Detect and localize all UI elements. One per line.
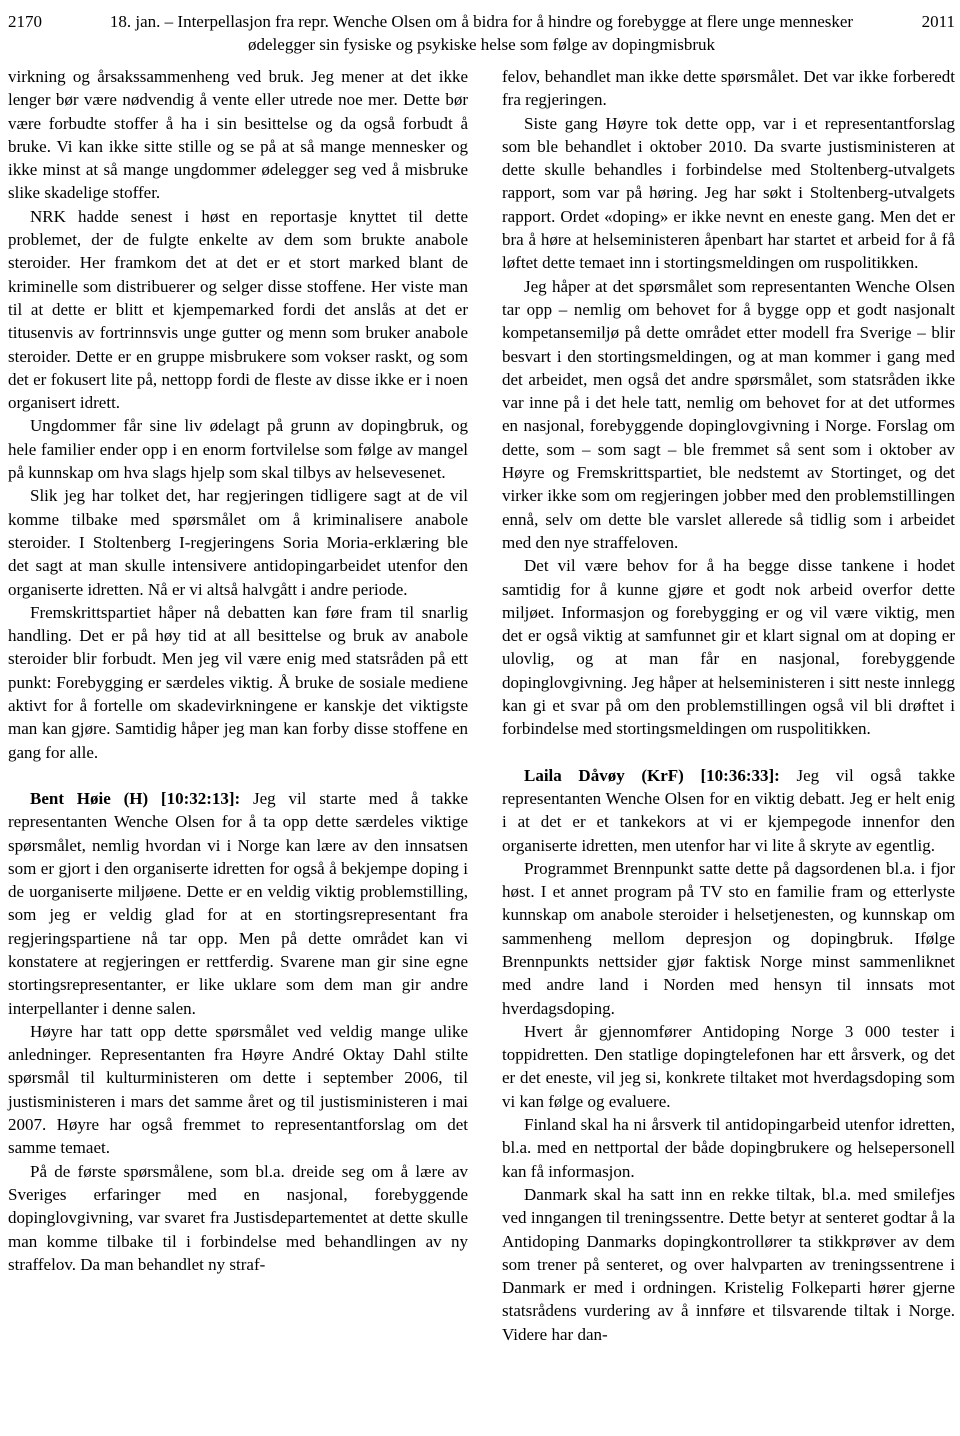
running-title-line1: 18. jan. – Interpellasjon fra repr. Wenc…: [76, 10, 887, 33]
paragraph: Siste gang Høyre tok dette opp, var i et…: [502, 112, 955, 275]
speech-text: Jeg vil starte med å takke representante…: [8, 789, 468, 1018]
paragraph: Slik jeg har tolket det, har regjeringen…: [8, 484, 468, 600]
paragraph: virkning og årsakssammenheng ved bruk. J…: [8, 65, 468, 205]
page-number: 2170: [8, 10, 70, 33]
speech-paragraph: Bent Høie (H) [10:32:13]: Jeg vil starte…: [8, 787, 468, 1020]
speech-paragraph: Laila Dåvøy (KrF) [10:36:33]: Jeg vil og…: [502, 764, 955, 857]
speaker-name: Laila Dåvøy (KrF) [10:36:33]:: [524, 766, 780, 785]
paragraph: Danmark skal ha satt inn en rekke tiltak…: [502, 1183, 955, 1346]
running-title-line2: ødelegger sin fysiske og psykiske helse …: [76, 33, 887, 56]
speaker-name: Bent Høie (H) [10:32:13]:: [30, 789, 240, 808]
paragraph: Høyre har tatt opp dette spørsmålet ved …: [8, 1020, 468, 1160]
paragraph: Fremskrittspartiet håper nå debatten kan…: [8, 601, 468, 764]
year-number: 2011: [893, 10, 955, 33]
paragraph: Det vil være behov for å ha begge disse …: [502, 554, 955, 740]
running-title: 18. jan. – Interpellasjon fra repr. Wenc…: [70, 10, 893, 56]
paragraph: NRK hadde senest i høst en reportasje kn…: [8, 205, 468, 415]
document-page: 2170 18. jan. – Interpellasjon fra repr.…: [0, 0, 960, 1436]
paragraph: Programmet Brennpunkt satte dette på dag…: [502, 857, 955, 1020]
paragraph: Jeg håper at det spørsmålet som represen…: [502, 275, 955, 555]
page-header: 2170 18. jan. – Interpellasjon fra repr.…: [8, 10, 955, 56]
text-columns: virkning og årsakssammenheng ved bruk. J…: [8, 65, 955, 1346]
left-column: virkning og årsakssammenheng ved bruk. J…: [8, 65, 468, 1346]
paragraph: Ungdommer får sine liv ødelagt på grunn …: [8, 414, 468, 484]
right-column: felov, behandlet man ikke dette spørsmål…: [502, 65, 955, 1346]
paragraph: felov, behandlet man ikke dette spørsmål…: [502, 65, 955, 112]
paragraph: Hvert år gjennomfører Antidoping Norge 3…: [502, 1020, 955, 1113]
paragraph: Finland skal ha ni årsverk til antidopin…: [502, 1113, 955, 1183]
paragraph: På de første spørsmålene, som bl.a. drei…: [8, 1160, 468, 1276]
